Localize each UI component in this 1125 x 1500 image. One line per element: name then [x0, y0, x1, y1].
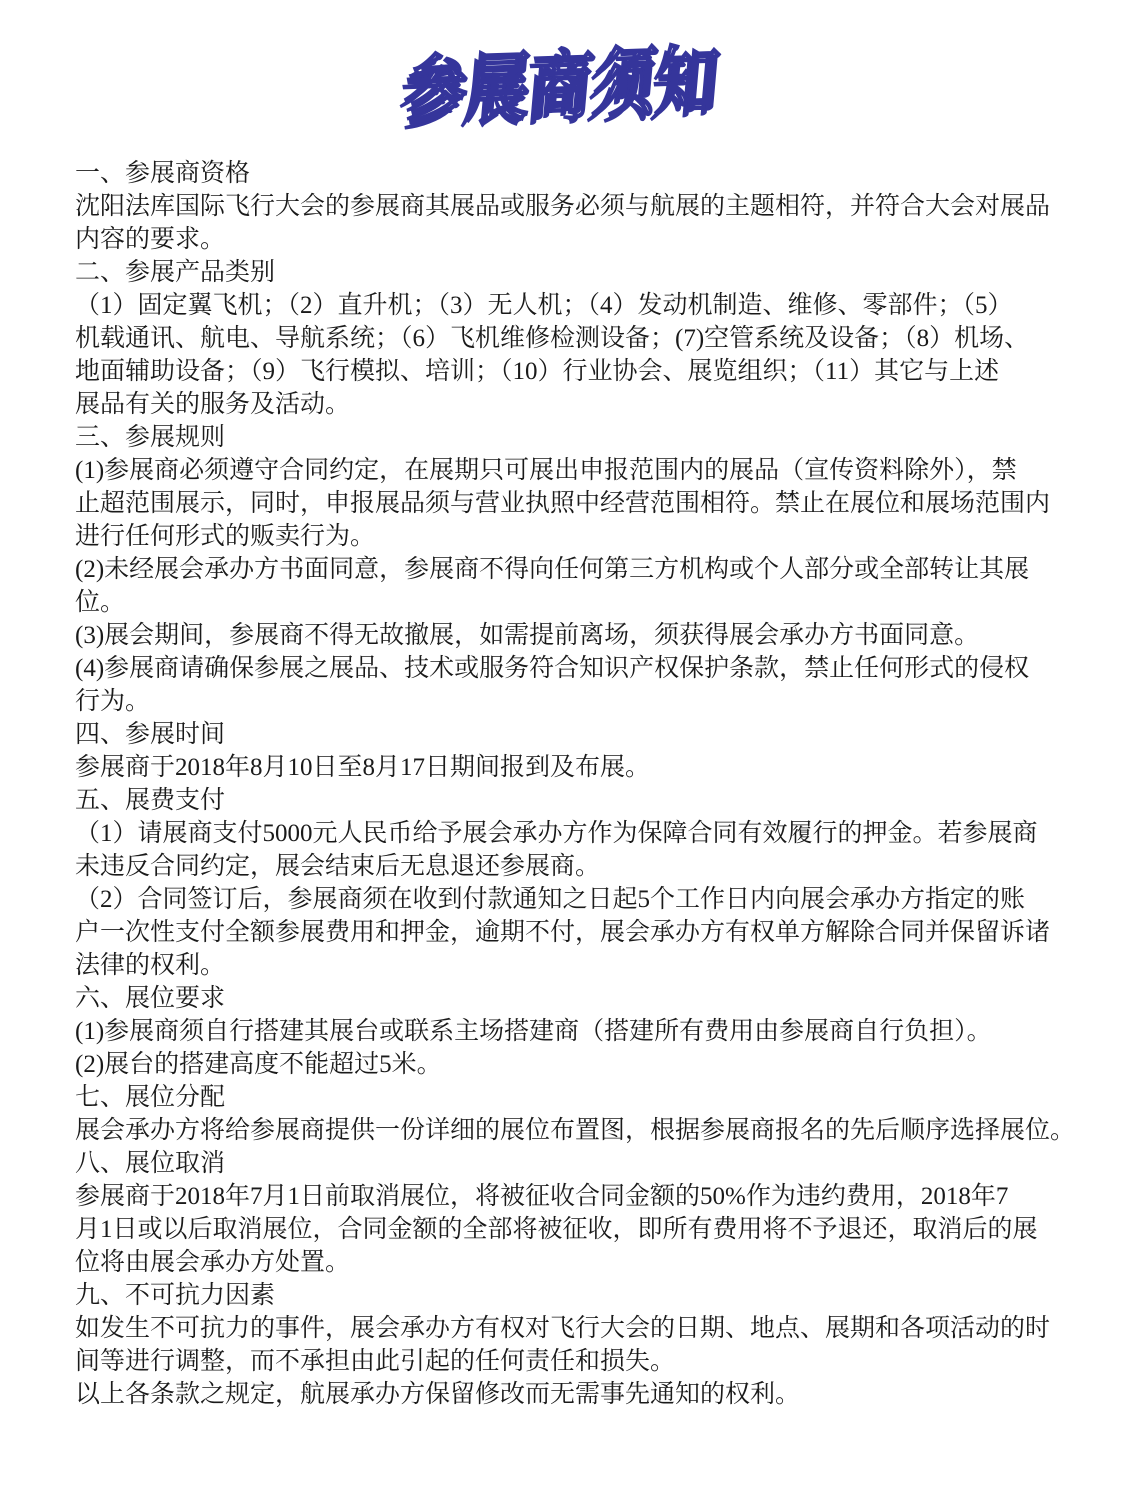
text-line: （1）请展商支付5000元人民币给予展会承办方作为保障合同有效履行的押金。若参展… [75, 817, 1070, 850]
text-line: 月1日或以后取消展位，合同金额的全部将被征收，即所有费用将不予退还，取消后的展 [75, 1213, 1070, 1246]
text-line: 进行任何形式的贩卖行为。 [75, 520, 1070, 553]
section-heading: 九、不可抗力因素 [75, 1279, 1070, 1312]
text-line: 如发生不可抗力的事件，展会承办方有权对飞行大会的日期、地点、展期和各项活动的时 [75, 1312, 1070, 1345]
text-line: 户一次性支付全额参展费用和押金，逾期不付，展会承办方有权单方解除合同并保留诉诸 [75, 916, 1070, 949]
exhibitor-notice-page: 参展商须知 一、参展商资格沈阳法库国际飞行大会的参展商其展品或服务必须与航展的主… [0, 0, 1125, 1500]
text-line: (1)参展商必须遵守合同约定，在展期只可展出申报范围内的展品（宣传资料除外），禁 [75, 454, 1070, 487]
text-line: 参展商于2018年7月1日前取消展位，将被征收合同金额的50%作为违约费用，20… [75, 1180, 1070, 1213]
text-line: （2）合同签订后，参展商须在收到付款通知之日起5个工作日内向展会承办方指定的账 [75, 883, 1070, 916]
text-line: 行为。 [75, 685, 1070, 718]
text-line: 机载通讯、航电、导航系统；（6）飞机维修检测设备；(7)空管系统及设备；（8）机… [75, 322, 1070, 355]
text-line: 法律的权利。 [75, 949, 1070, 982]
text-line: （1）固定翼飞机；（2）直升机；（3）无人机；（4）发动机制造、维修、零部件；（… [75, 289, 1070, 322]
text-line: (4)参展商请确保参展之展品、技术或服务符合知识产权保护条款，禁止任何形式的侵权 [75, 652, 1070, 685]
page-title: 参展商须知 [87, 29, 1039, 144]
section-heading: 七、展位分配 [75, 1081, 1070, 1114]
document-body: 一、参展商资格沈阳法库国际飞行大会的参展商其展品或服务必须与航展的主题相符，并符… [75, 157, 1070, 1411]
text-line: (3)展会期间，参展商不得无故撤展，如需提前离场，须获得展会承办方书面同意。 [75, 619, 1070, 652]
section-heading: 八、展位取消 [75, 1147, 1070, 1180]
text-line: 展品有关的服务及活动。 [75, 388, 1070, 421]
section-heading: 二、参展产品类别 [75, 256, 1070, 289]
text-line: 沈阳法库国际飞行大会的参展商其展品或服务必须与航展的主题相符，并符合大会对展品 [75, 190, 1070, 223]
section-heading: 一、参展商资格 [75, 157, 1070, 190]
text-line: 位。 [75, 586, 1070, 619]
text-line: 参展商于2018年8月10日至8月17日期间报到及布展。 [75, 751, 1070, 784]
section-heading: 三、参展规则 [75, 421, 1070, 454]
text-line: 未违反合同约定，展会结束后无息退还参展商。 [75, 850, 1070, 883]
section-heading: 四、参展时间 [75, 718, 1070, 751]
text-line: 位将由展会承办方处置。 [75, 1246, 1070, 1279]
text-line: (1)参展商须自行搭建其展台或联系主场搭建商（搭建所有费用由参展商自行负担）。 [75, 1015, 1070, 1048]
section-heading: 五、展费支付 [75, 784, 1070, 817]
section-heading: 六、展位要求 [75, 982, 1070, 1015]
text-line: (2)展台的搭建高度不能超过5米。 [75, 1048, 1070, 1081]
text-line: 内容的要求。 [75, 223, 1070, 256]
closing-line: 以上各条款之规定，航展承办方保留修改而无需事先通知的权利。 [75, 1378, 1070, 1411]
text-line: 地面辅助设备；（9）飞行模拟、培训；（10）行业协会、展览组织；（11）其它与上… [75, 355, 1070, 388]
text-line: 止超范围展示，同时，申报展品须与营业执照中经营范围相符。禁止在展位和展场范围内 [75, 487, 1070, 520]
text-line: 间等进行调整，而不承担由此引起的任何责任和损失。 [75, 1345, 1070, 1378]
text-line: 展会承办方将给参展商提供一份详细的展位布置图，根据参展商报名的先后顺序选择展位。 [75, 1114, 1070, 1147]
text-line: (2)未经展会承办方书面同意，参展商不得向任何第三方机构或个人部分或全部转让其展 [75, 553, 1070, 586]
